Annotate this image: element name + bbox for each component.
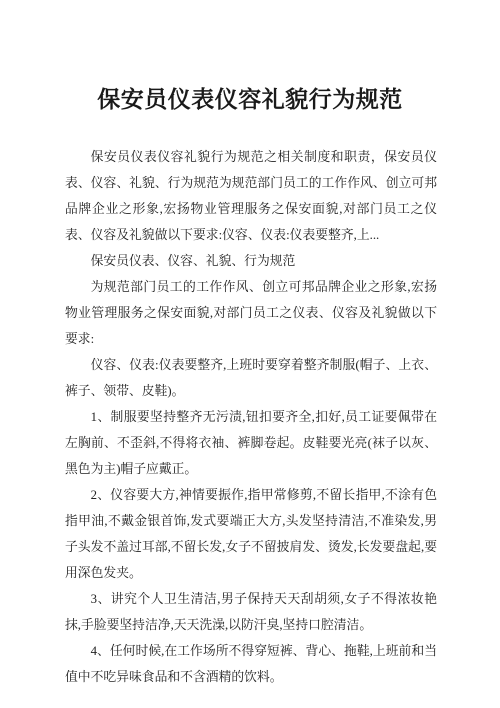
paragraph: 3、讲究个人卫生清洁,男子保持天天刮胡须,女子不得浓妆艳抹,手脸要坚持洁净,天天… <box>65 586 437 638</box>
paragraph: 仪容、仪表:仪表要整齐,上班时要穿着整齐制服(帽子、上衣、裤子、领带、皮鞋)。 <box>65 352 437 404</box>
document-page: 保安员仪表仪容礼貌行为规范 保安员仪表仪容礼貌行为规范之相关制度和职责，保安员仪… <box>0 0 500 708</box>
document-body: 保安员仪表仪容礼貌行为规范之相关制度和职责，保安员仪表、仪容、礼貌、行为规范为规… <box>65 144 437 690</box>
paragraph: 保安员仪表仪容礼貌行为规范之相关制度和职责，保安员仪表、仪容、礼貌、行为规范为规… <box>65 144 437 248</box>
document-title: 保安员仪表仪容礼貌行为规范 <box>0 0 500 114</box>
paragraph: 为规范部门员工的工作作风、创立可邦品牌企业之形象,宏扬物业管理服务之保安面貌,对… <box>65 274 437 352</box>
paragraph: 4、任何时候,在工作场所不得穿短裤、背心、拖鞋,上班前和当值中不吃异味食品和不含… <box>65 638 437 690</box>
paragraph: 1、制服要坚持整齐无污渍,钮扣要齐全,扣好,员工证要佩带在左胸前、不歪斜,不得将… <box>65 404 437 482</box>
paragraph: 保安员仪表、仪容、礼貌、行为规范 <box>65 248 437 274</box>
paragraph: 2、仪容要大方,神情要振作,指甲常修剪,不留长指甲,不涂有色指甲油,不戴金银首饰… <box>65 482 437 586</box>
